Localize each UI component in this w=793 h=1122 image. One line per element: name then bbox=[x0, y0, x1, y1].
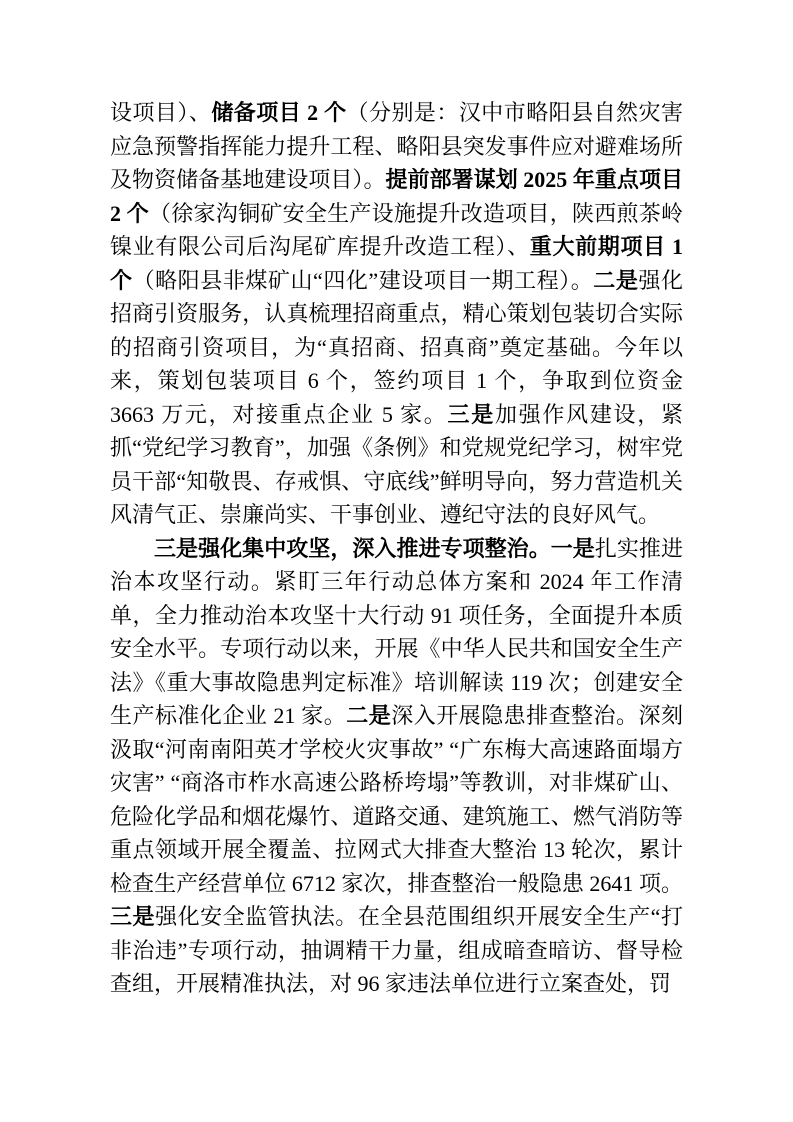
text-run-emphasis: 一是 bbox=[551, 536, 595, 561]
text-run-emphasis: 二是 bbox=[593, 268, 638, 293]
text-run: 深入开展隐患排查整治。深刻汲取“河南南阳英才学校火灾事故” “广东梅大高速路面塌… bbox=[110, 703, 683, 896]
text-run: 扎实推进治本攻坚行动。紧盯三年行动总体方案和 2024 年工作清单，全力推动治本… bbox=[110, 536, 683, 729]
paragraph: 三是强化集中攻坚，深入推进专项整治。一是扎实推进治本攻坚行动。紧盯三年行动总体方… bbox=[110, 532, 683, 1001]
paragraph: 设项目）、储备项目 2 个（分别是：汉中市略阳县自然灾害应急预警指挥能力提升工程… bbox=[110, 96, 683, 532]
document-body: 设项目）、储备项目 2 个（分别是：汉中市略阳县自然灾害应急预警指挥能力提升工程… bbox=[110, 96, 683, 1001]
text-run: （略阳县非煤矿山“四化”建设项目一期工程）。 bbox=[133, 268, 594, 293]
text-run-emphasis: 二是 bbox=[346, 703, 391, 728]
document-page: 设项目）、储备项目 2 个（分别是：汉中市略阳县自然灾害应急预警指挥能力提升工程… bbox=[0, 0, 793, 1122]
text-run-emphasis: 储备项目 2 个 bbox=[211, 100, 346, 125]
text-run-emphasis: 三是 bbox=[448, 402, 495, 427]
text-run: 设项目）、 bbox=[110, 100, 211, 125]
text-run-emphasis: 三是强化集中攻坚，深入推进专项整治。 bbox=[154, 536, 551, 561]
text-run-emphasis: 三是 bbox=[110, 904, 155, 929]
text-run: 强化安全监管执法。在全县范围组织开展安全生产“打非治违”专项行动，抽调精干力量，… bbox=[110, 904, 683, 996]
